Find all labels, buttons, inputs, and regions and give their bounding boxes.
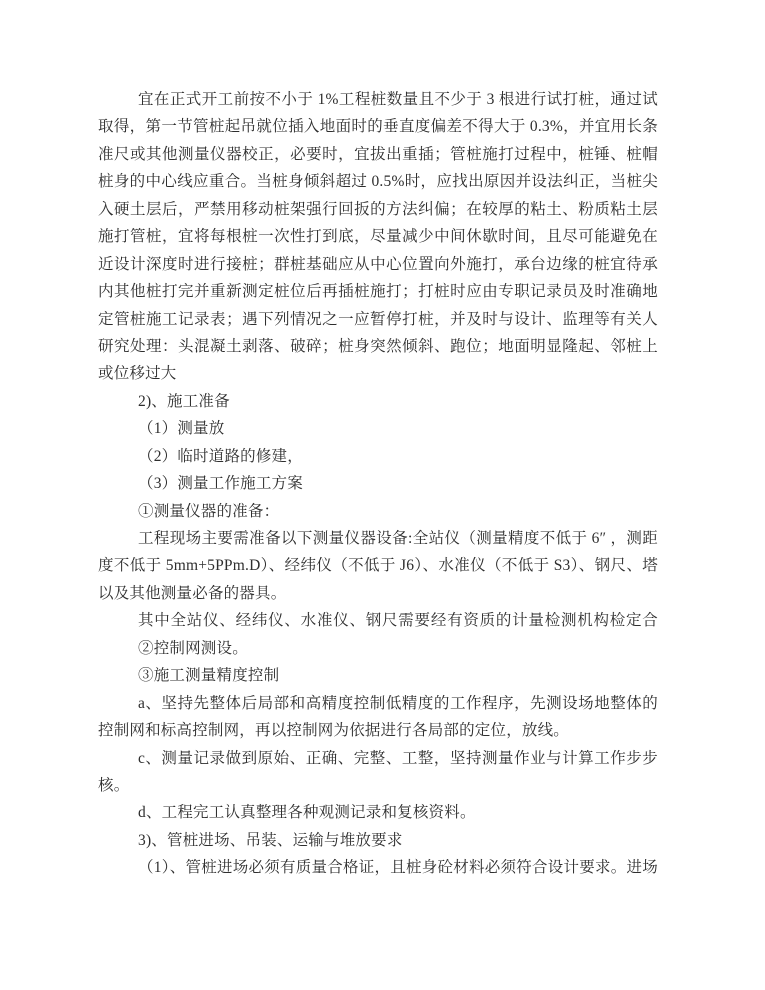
text-line: 工程现场主要需准备以下测量仪器设备:全站仪（测量精度不低于 6″ ，测距精 [98, 525, 658, 552]
text-line: 准尺或其他测量仪器校正，必要时，宜拔出重插；管桩施打过程中，桩锤、桩帽和 [98, 141, 658, 168]
text-line: 其中全站仪、经纬仪、水准仪、钢尺需要经有资质的计量检测机构检定合格。 [98, 607, 658, 634]
text-line: 以及其他测量必备的器具。 [98, 580, 658, 607]
text-line: 内其他桩打完并重新测定桩位后再插桩施打；打桩时应由专职记录员及时准确地填 [98, 278, 658, 305]
text-line: 近设计深度时进行接桩；群桩基础应从中心位置向外施打，承台边缘的桩宜待承台 [98, 251, 658, 278]
text-line: （1）测量放 [98, 415, 658, 442]
text-line: 取得，第一节管桩起吊就位插入地面时的垂直度偏差不得大于 0.3%，并宜用长条水 [98, 113, 658, 140]
document-page: 宜在正式开工前按不小于 1%工程桩数量且不少于 3 根进行试打桩，通过试打桩取得… [0, 0, 765, 990]
text-line: 定管桩施工记录表；遇下列情况之一应暂停打桩，并及时与设计、监理等有关人员 [98, 306, 658, 333]
text-line: ②控制网测设。 [98, 635, 658, 662]
text-line: ③施工测量精度控制 [98, 662, 658, 689]
text-line: c、测量记录做到原始、正确、完整、工整，坚持测量作业与计算工作步步有校 [98, 745, 658, 772]
text-line: 2)、施工准备 [98, 388, 658, 415]
text-line: 度不低于 5mm+5PPm.D）、经纬仪（不低于 J6）、水准仪（不低于 S3）… [98, 552, 658, 579]
text-line: （1）、管桩进场必须有质量合格证，且桩身砼材料必须符合设计要求。进场后 [98, 854, 658, 881]
text-line: 核。 [98, 772, 658, 799]
text-line: 桩身的中心线应重合。当桩身倾斜超过 0.5%时，应找出原因并设法纠正，当桩尖进 [98, 168, 658, 195]
text-line: 研究处理：头混凝土剥落、破碎；桩身突然倾斜、跑位；地面明显隆起、邻桩上浮 [98, 333, 658, 360]
text-lines: 宜在正式开工前按不小于 1%工程桩数量且不少于 3 根进行试打桩，通过试打桩取得… [98, 86, 658, 882]
text-line: 或位移过大 [98, 360, 658, 387]
text-line: （2）临时道路的修建， [98, 443, 658, 470]
text-line: 宜在正式开工前按不小于 1%工程桩数量且不少于 3 根进行试打桩，通过试打桩 [98, 86, 658, 113]
text-line: 控制网和标高控制网，再以控制网为依据进行各局部的定位，放线。 [98, 717, 658, 744]
text-line: 入硬土层后，严禁用移动桩架强行回扳的方法纠偏；在较厚的粘土、粉质粘土层中 [98, 196, 658, 223]
text-line: （3）测量工作施工方案 [98, 470, 658, 497]
text-line: ①测量仪器的准备： [98, 498, 658, 525]
text-line: 3)、管桩进场、吊装、运输与堆放要求 [98, 827, 658, 854]
text-line: 施打管桩，宜将每根桩一次性打到底，尽量减少中间休歇时间，且尽可能避免在接 [98, 223, 658, 250]
text-line: a、坚持先整体后局部和高精度控制低精度的工作程序，先测设场地整体的平面 [98, 690, 658, 717]
text-line: d、工程完工认真整理各种观测记录和复核资料。 [98, 799, 658, 826]
